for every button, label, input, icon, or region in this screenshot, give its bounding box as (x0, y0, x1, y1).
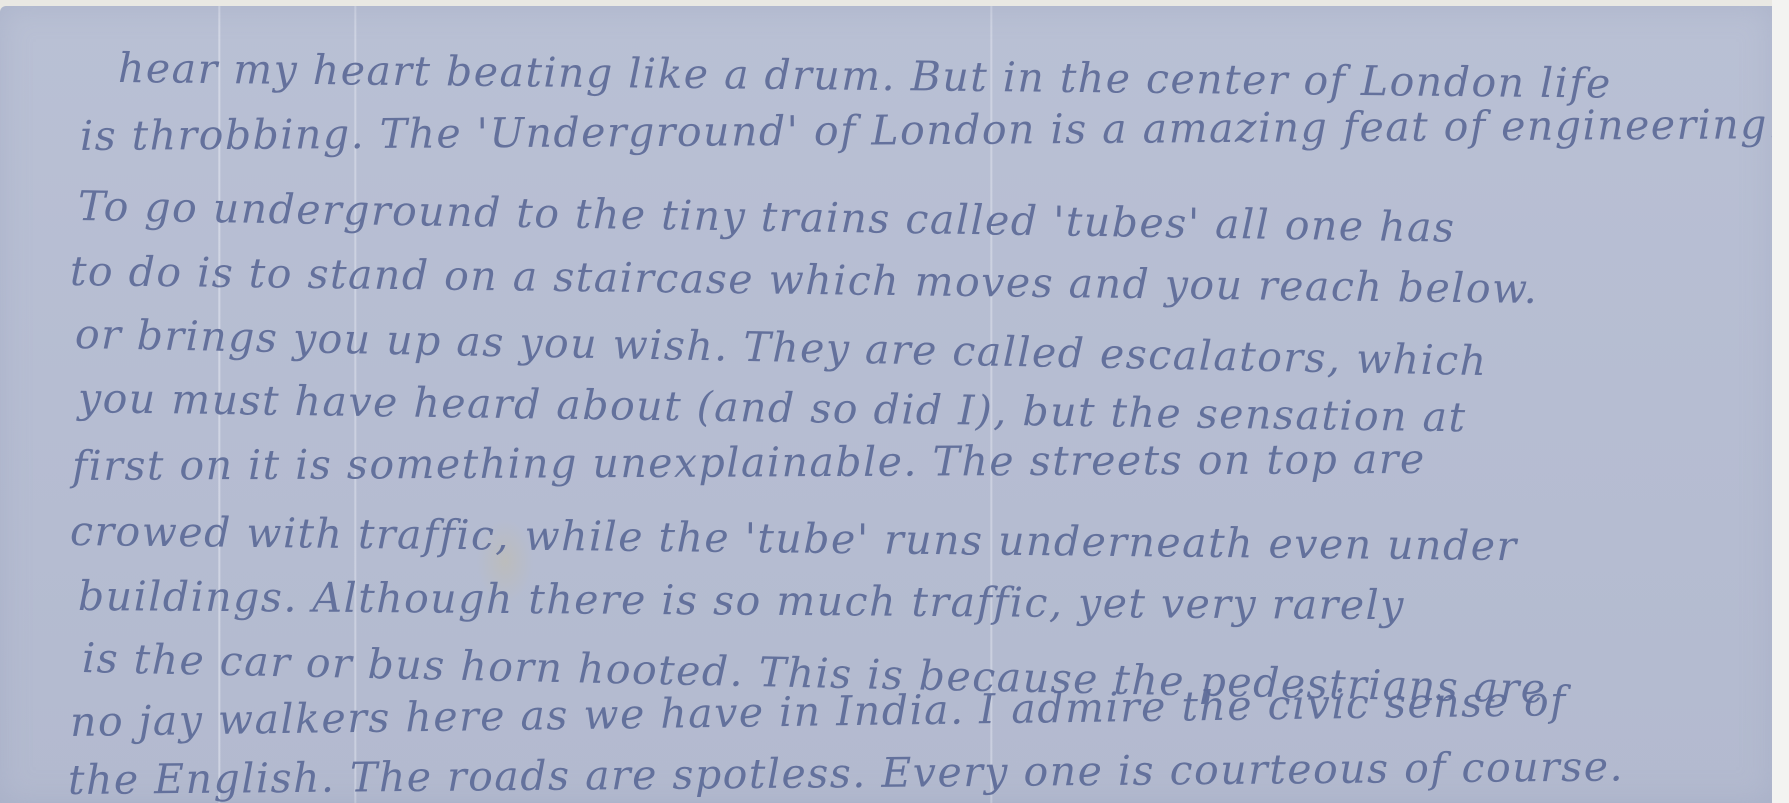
letter-line-7: first on it is something unexplainable. … (72, 439, 1426, 487)
letter-line-6: you must have heard about (and so did I)… (78, 378, 1467, 438)
letter-line-12: the English. The roads are spotless. Eve… (68, 746, 1624, 801)
letter-line-4: to do is to stand on a staircase which m… (70, 251, 1539, 310)
letter-line-9: buildings. Although there is so much tra… (78, 576, 1405, 626)
letter-line-11: no jay walkers here as we have in India.… (70, 681, 1567, 743)
letter-page: hear my heart beating like a drum. But i… (0, 6, 1772, 803)
letter-line-1: hear my heart beating like a drum. But i… (118, 48, 1612, 105)
page-edge-background (1772, 0, 1789, 803)
letter-line-3: To go underground to the tiny trains cal… (78, 186, 1456, 249)
letter-line-5: or brings you up as you wish. They are c… (75, 314, 1488, 382)
letter-line-2: is throbbing. The 'Underground' of Londo… (80, 104, 1783, 157)
letter-line-8: crowed with traffic, while the 'tube' ru… (70, 511, 1518, 567)
